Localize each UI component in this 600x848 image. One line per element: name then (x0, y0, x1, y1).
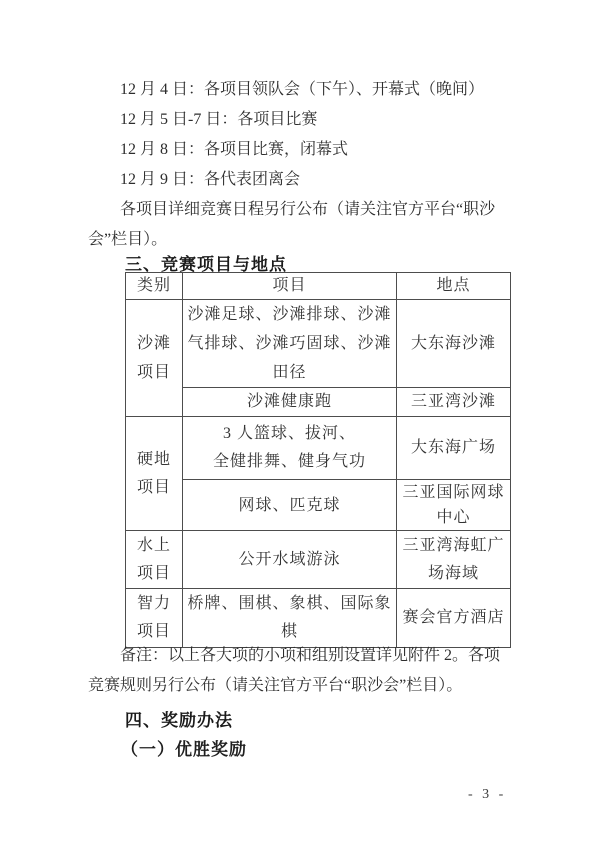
schedule-line-dec9: 12 月 9 日：各代表团离会 (88, 165, 514, 195)
category-hardcourt: 硬地 项目 (126, 417, 183, 531)
hardcourt-events-1: 3 人篮球、拔河、 全健排舞、健身气功 (183, 417, 397, 480)
mind-events: 桥牌、围棋、象棋、国际象棋 (183, 589, 397, 648)
section4-heading: 四、奖励办法 (125, 706, 233, 731)
section4-subheading: （一）优胜奖励 (121, 735, 247, 760)
table-row: 硬地 项目 3 人篮球、拔河、 全健排舞、健身气功 大东海广场 (126, 417, 511, 480)
hardcourt-events-2: 网球、匹克球 (183, 480, 397, 531)
mind-venue: 赛会官方酒店 (397, 589, 511, 648)
category-beach: 沙滩 项目 (126, 300, 183, 417)
beach-events-2: 沙滩健康跑 (183, 388, 397, 417)
schedule-line-dec5-7: 12 月 5 日-7 日：各项目比赛 (88, 105, 514, 135)
category-water: 水上 项目 (126, 531, 183, 589)
events-table: 类别 项目 地点 沙滩 项目 沙滩足球、沙滩排球、沙滩 气排球、沙滩巧固球、沙滩… (125, 272, 511, 648)
water-venue: 三亚湾海虹广 场海域 (397, 531, 511, 589)
schedule-line-dec4: 12 月 4 日：各项目领队会（下午）、开幕式（晚间） (88, 75, 514, 105)
table-row: 水上 项目 公开水域游泳 三亚湾海虹广 场海域 (126, 531, 511, 589)
beach-venue-1: 大东海沙滩 (397, 300, 511, 388)
beach-venue-2: 三亚湾沙滩 (397, 388, 511, 417)
header-venue: 地点 (397, 273, 511, 300)
hardcourt-venue-1: 大东海广场 (397, 417, 511, 480)
table-row: 智力 项目 桥牌、围棋、象棋、国际象棋 赛会官方酒店 (126, 589, 511, 648)
header-event: 项目 (183, 273, 397, 300)
schedule-block: 12 月 4 日：各项目领队会（下午）、开幕式（晚间） 12 月 5 日-7 日… (88, 75, 514, 255)
water-events: 公开水域游泳 (183, 531, 397, 589)
schedule-note: 各项目详细竞赛日程另行公布（请关注官方平台“职沙 会”栏目）。 (88, 195, 514, 255)
document-page: 12 月 4 日：各项目领队会（下午）、开幕式（晚间） 12 月 5 日-7 日… (0, 0, 600, 848)
header-category: 类别 (126, 273, 183, 300)
table-row: 沙滩 项目 沙滩足球、沙滩排球、沙滩 气排球、沙滩巧固球、沙滩 田径 大东海沙滩 (126, 300, 511, 388)
table-header-row: 类别 项目 地点 (126, 273, 511, 300)
page-number: - 3 - (468, 787, 506, 803)
category-mind: 智力 项目 (126, 589, 183, 648)
table-row: 沙滩健康跑 三亚湾沙滩 (126, 388, 511, 417)
schedule-line-dec8: 12 月 8 日：各项目比赛，闭幕式 (88, 135, 514, 165)
hardcourt-venue-2: 三亚国际网球 中心 (397, 480, 511, 531)
table-row: 网球、匹克球 三亚国际网球 中心 (126, 480, 511, 531)
beach-events-1: 沙滩足球、沙滩排球、沙滩 气排球、沙滩巧固球、沙滩 田径 (183, 300, 397, 388)
table-remark: 备注：以上各大项的小项和组别设置详见附件 2。各项 竞赛规则另行公布（请关注官方… (88, 641, 514, 701)
